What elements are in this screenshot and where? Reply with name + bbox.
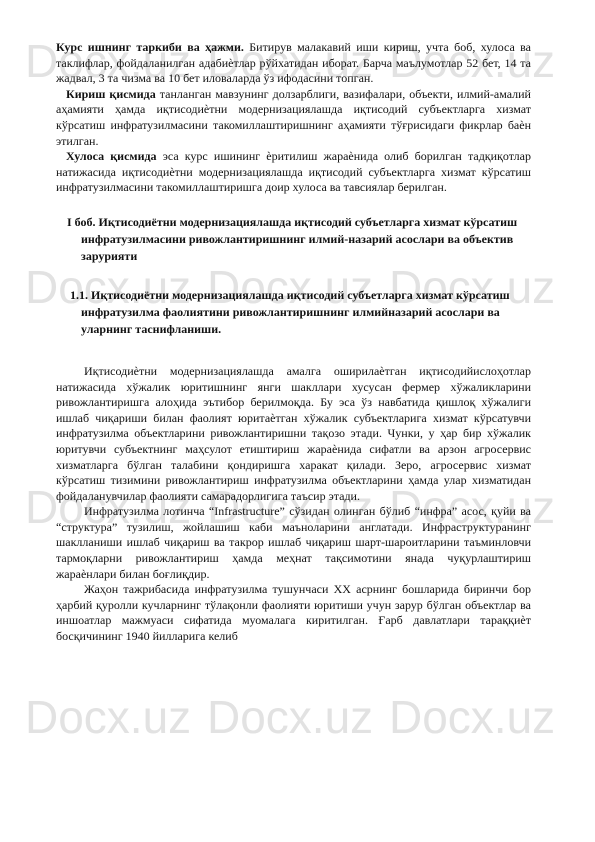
intro-introduction-lead: Кириш қисмида	[66, 87, 156, 101]
watermark-row: Docx.uz Docx.uz Docx.uz	[0, 694, 595, 744]
watermark: Docx.uz	[389, 694, 555, 740]
intro-conclusion-paragraph: Хулоса қисмида эса курс ишининг ѐритилиш…	[56, 149, 531, 196]
spacer	[56, 338, 531, 364]
intro-structure-paragraph: Курс ишнинг таркиби ва ҳажми. Битирув ма…	[56, 40, 531, 87]
body-paragraph-1: Иқтисодиѐтни модернизациялашда амалга ош…	[56, 364, 531, 504]
chapter-heading: I боб. Иқтисодиётни модернизациялашда иқ…	[56, 214, 531, 265]
intro-introduction-paragraph: Кириш қисмида танланган мавзунинг долзар…	[56, 87, 531, 149]
document-page: Курс ишнинг таркиби ва ҳажми. Битирув ма…	[56, 40, 531, 645]
body-paragraph-2: Инфратузилма лотинча “Infrastructure” сў…	[56, 504, 531, 582]
watermark: Docx.uz	[207, 694, 373, 740]
intro-structure-lead: Курс ишнинг таркиби ва ҳажми.	[56, 40, 244, 54]
intro-conclusion-lead: Хулоса қисмида	[66, 149, 157, 163]
section-heading: 1.1. Иқтисодиётни модернизациялашда иқти…	[56, 287, 531, 338]
body-paragraph-3: Жаҳон тажрибасида инфратузилма тушунчаси…	[56, 582, 531, 644]
watermark: Docx.uz	[25, 694, 191, 740]
